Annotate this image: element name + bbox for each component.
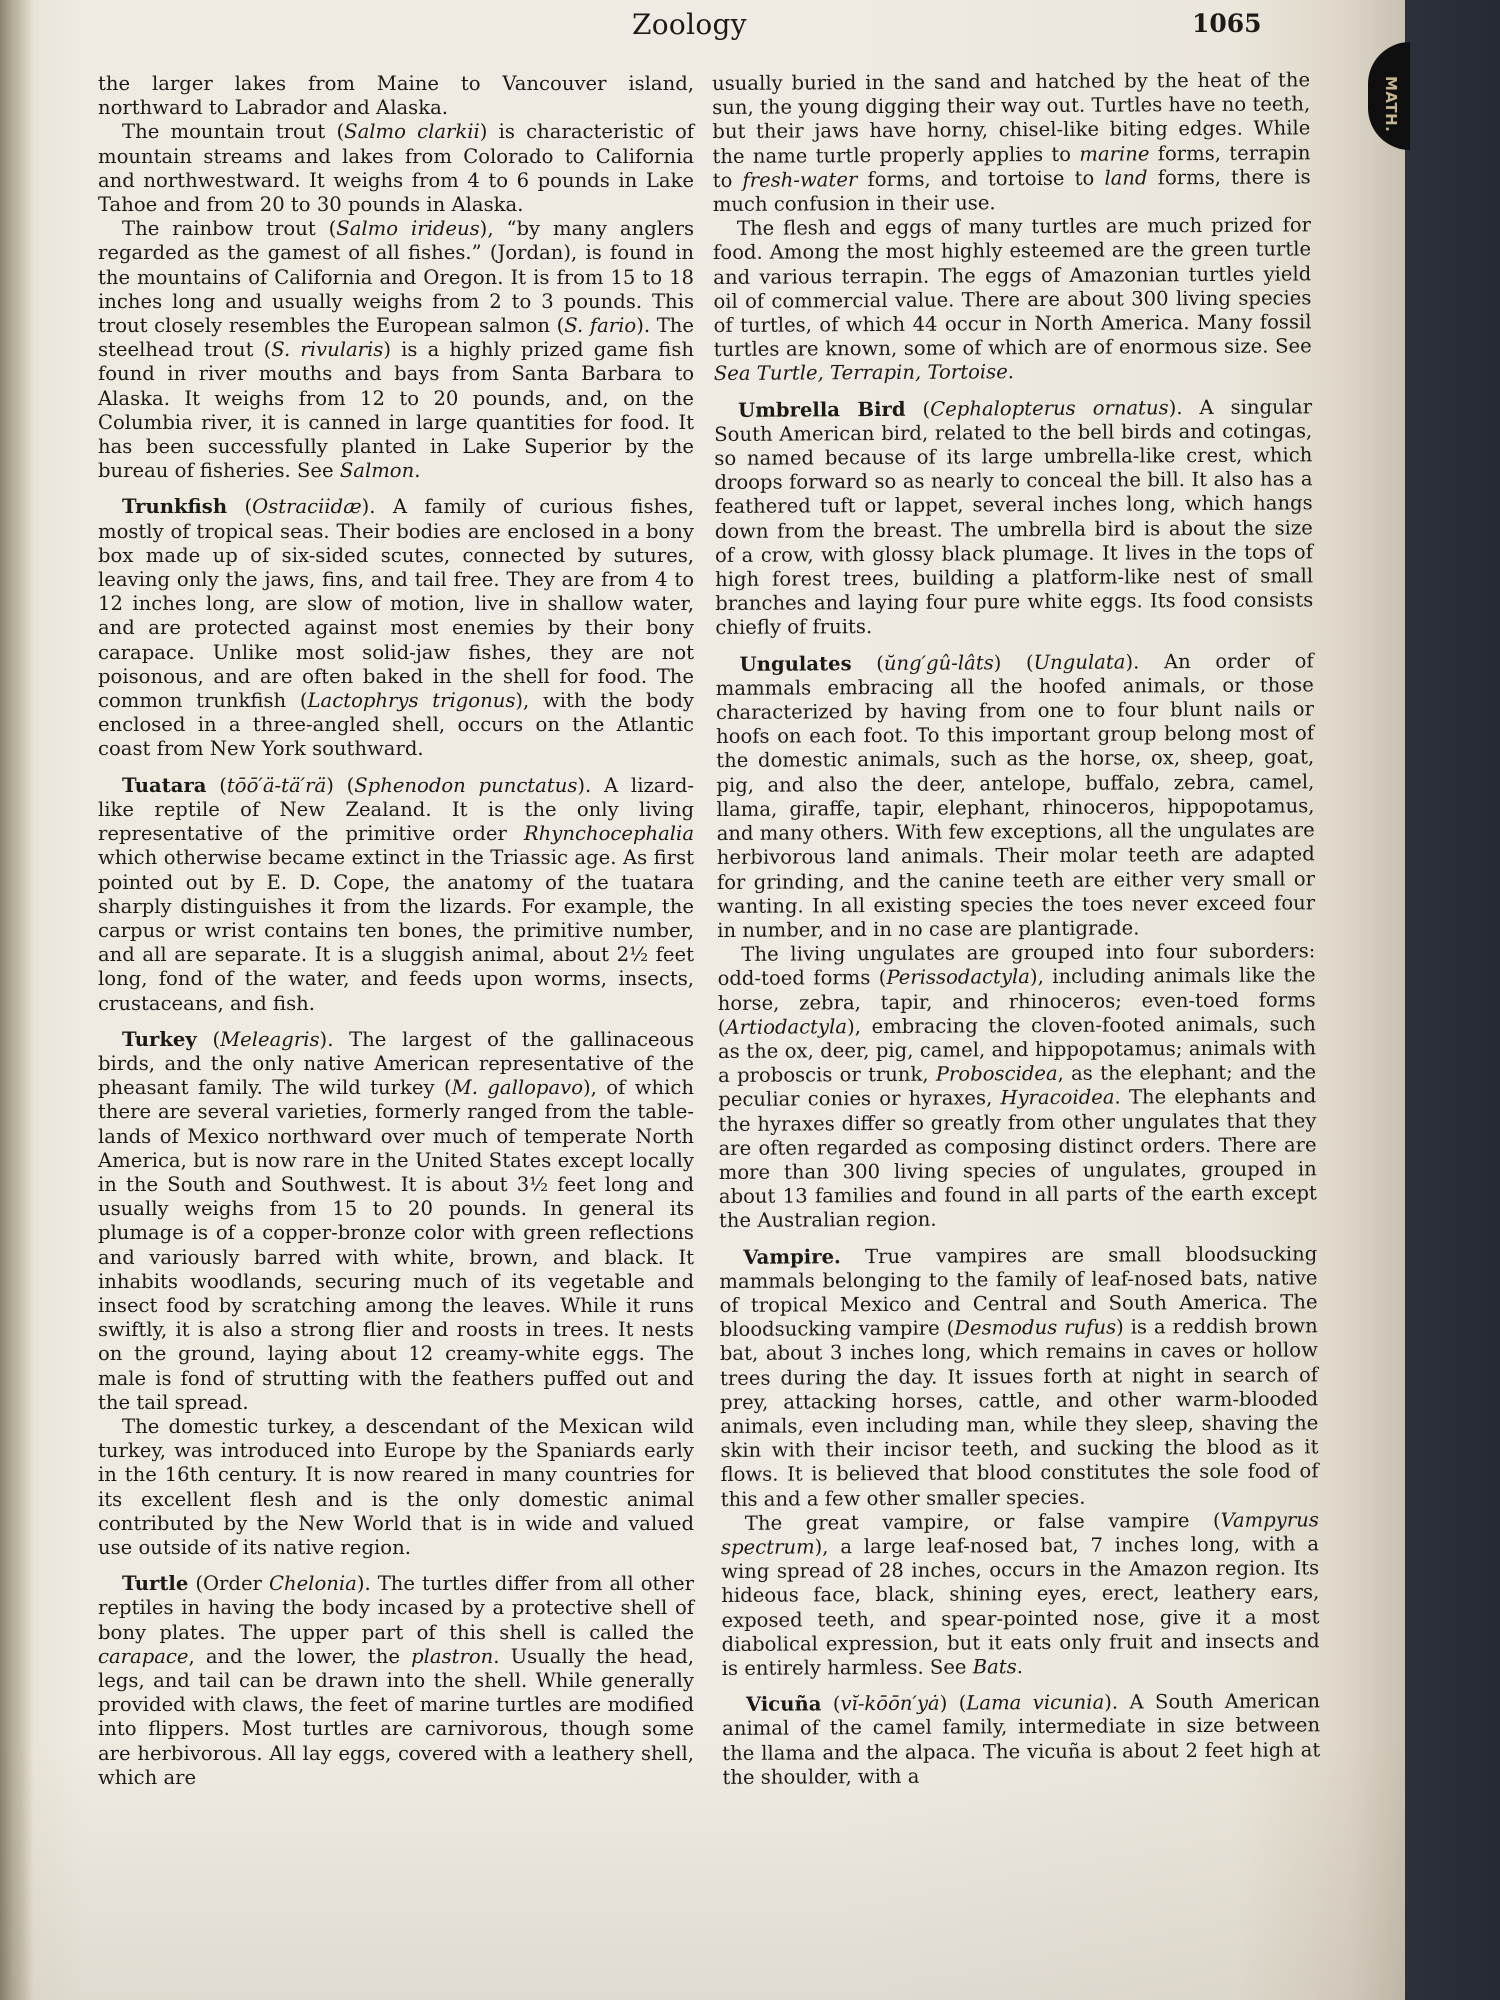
italic-term: fresh-water bbox=[742, 168, 857, 192]
italic-term: Proboscidea bbox=[936, 1062, 1058, 1086]
italic-term: Ostraciidæ bbox=[252, 495, 362, 518]
entry-paragraph: Vicuña (vĭ-kōōn′yȧ) (Lama vicunia). A So… bbox=[722, 1690, 1321, 1790]
entry-tuatara: Tuatara (tōō′ä-tä′rä) (Sphenodon punctat… bbox=[98, 774, 694, 1016]
right-column: usually buried in the sand and hatched b… bbox=[712, 68, 1320, 1790]
italic-term: Rhynchocephalia bbox=[524, 822, 694, 845]
italic-term: Salmo clarkii bbox=[344, 120, 480, 143]
italic-term: Sphenodon punctatus bbox=[354, 774, 577, 797]
entry-paragraph: The domestic turkey, a descendant of the… bbox=[98, 1415, 694, 1560]
thumb-index-label: MATH. bbox=[1382, 76, 1400, 132]
left-column: the larger lakes from Maine to Vancouver… bbox=[98, 72, 694, 1790]
book-page: Zoology 1065 the larger lakes from Maine… bbox=[0, 0, 1405, 2000]
continued-paragraph: The mountain trout (Salmo clarkii) is ch… bbox=[98, 120, 694, 217]
entry-umbrella-bird: Umbrella Bird (Cephalopterus ornatus). A… bbox=[714, 395, 1313, 641]
italic-term: land bbox=[1104, 166, 1147, 189]
italic-term: Chelonia bbox=[269, 1572, 357, 1595]
entry-paragraph: Turtle (Order Chelonia). The turtles dif… bbox=[98, 1572, 694, 1790]
italic-term: S. fario bbox=[564, 314, 636, 337]
entry-headword: Vicuña bbox=[746, 1693, 822, 1716]
italic-term: Meleagris bbox=[220, 1028, 319, 1051]
running-head: Zoology 1065 bbox=[0, 8, 1380, 48]
entry-vicuña: Vicuña (vĭ-kōōn′yȧ) (Lama vicunia). A So… bbox=[722, 1690, 1321, 1790]
entry-headword: Umbrella Bird bbox=[738, 397, 906, 421]
italic-term: Salmo irideus bbox=[336, 217, 479, 240]
italic-term: Ungulata bbox=[1034, 650, 1126, 674]
entry-paragraph: Turkey (Meleagris). The largest of the g… bbox=[98, 1028, 694, 1415]
entry-paragraph: The living ungulates are grouped into fo… bbox=[717, 939, 1317, 1233]
entry-vampire: Vampire. True vampires are small bloodsu… bbox=[719, 1242, 1320, 1681]
entry-paragraph: Umbrella Bird (Cephalopterus ornatus). A… bbox=[714, 395, 1313, 641]
italic-term: plastron bbox=[411, 1645, 493, 1668]
entry-paragraph: The great vampire, or false vampire (Vam… bbox=[721, 1508, 1320, 1681]
italic-term: vĭ-kōōn′yȧ bbox=[840, 1692, 939, 1716]
italic-term: marine bbox=[1079, 142, 1149, 165]
entry-paragraph: Tuatara (tōō′ä-tä′rä) (Sphenodon punctat… bbox=[98, 774, 694, 1016]
continued-paragraph: The flesh and eggs of many turtles are m… bbox=[713, 214, 1312, 387]
book-cover-backdrop bbox=[1390, 0, 1500, 2000]
entry-headword: Ungulates bbox=[740, 652, 852, 676]
italic-term: ŭng′gû-lâts bbox=[884, 651, 994, 675]
continued-paragraph: usually buried in the sand and hatched b… bbox=[712, 68, 1311, 217]
entry-paragraph: Trunkfish (Ostraciidæ). A family of curi… bbox=[98, 495, 694, 761]
italic-term: Sea Turtle, Terrapin, Tortoise bbox=[714, 361, 1008, 386]
italic-term: Hyracoidea bbox=[1000, 1086, 1114, 1110]
entry-turtle: Turtle (Order Chelonia). The turtles dif… bbox=[98, 1572, 694, 1790]
entry-paragraph: Ungulates (ŭng′gû-lâts) (Ungulata). An o… bbox=[716, 649, 1316, 943]
italic-term: Bats bbox=[973, 1655, 1017, 1678]
entry-headword: Turkey bbox=[122, 1028, 197, 1051]
continued-paragraph: the larger lakes from Maine to Vancouver… bbox=[98, 72, 694, 120]
italic-term: Lactophrys trigonus bbox=[308, 689, 516, 712]
italic-term: M. gallopavo bbox=[452, 1076, 583, 1099]
continued-paragraph: The rainbow trout (Salmo irideus), “by m… bbox=[98, 217, 694, 483]
section-title: Zoology bbox=[632, 8, 747, 41]
italic-term: Salmon bbox=[340, 459, 414, 482]
entry-headword: Trunkfish bbox=[122, 495, 227, 518]
entry-paragraph: Vampire. True vampires are small bloodsu… bbox=[719, 1242, 1319, 1512]
italic-term: Vampyrus spectrum bbox=[721, 1508, 1319, 1559]
italic-term: Perissodactyla bbox=[886, 965, 1030, 989]
entry-headword: Vampire. bbox=[743, 1245, 841, 1269]
page-gutter-shadow bbox=[0, 0, 34, 2000]
italic-term: carapace bbox=[98, 1645, 189, 1668]
italic-term: Artiodactyla bbox=[725, 1015, 847, 1039]
page-number: 1065 bbox=[1192, 9, 1262, 38]
entry-trunkfish: Trunkfish (Ostraciidæ). A family of curi… bbox=[98, 495, 694, 761]
italic-term: Desmodus rufus bbox=[954, 1316, 1116, 1340]
entry-headword: Tuatara bbox=[122, 774, 207, 797]
italic-term: Cephalopterus ornatus bbox=[930, 396, 1169, 420]
italic-term: tōō′ä-tä′rä bbox=[227, 774, 326, 797]
entry-turkey: Turkey (Meleagris). The largest of the g… bbox=[98, 1028, 694, 1560]
entry-headword: Turtle bbox=[122, 1572, 188, 1595]
entry-ungulates: Ungulates (ŭng′gû-lâts) (Ungulata). An o… bbox=[716, 649, 1318, 1234]
italic-term: S. rivularis bbox=[271, 338, 383, 361]
italic-term: Lama vicunia bbox=[966, 1691, 1104, 1715]
